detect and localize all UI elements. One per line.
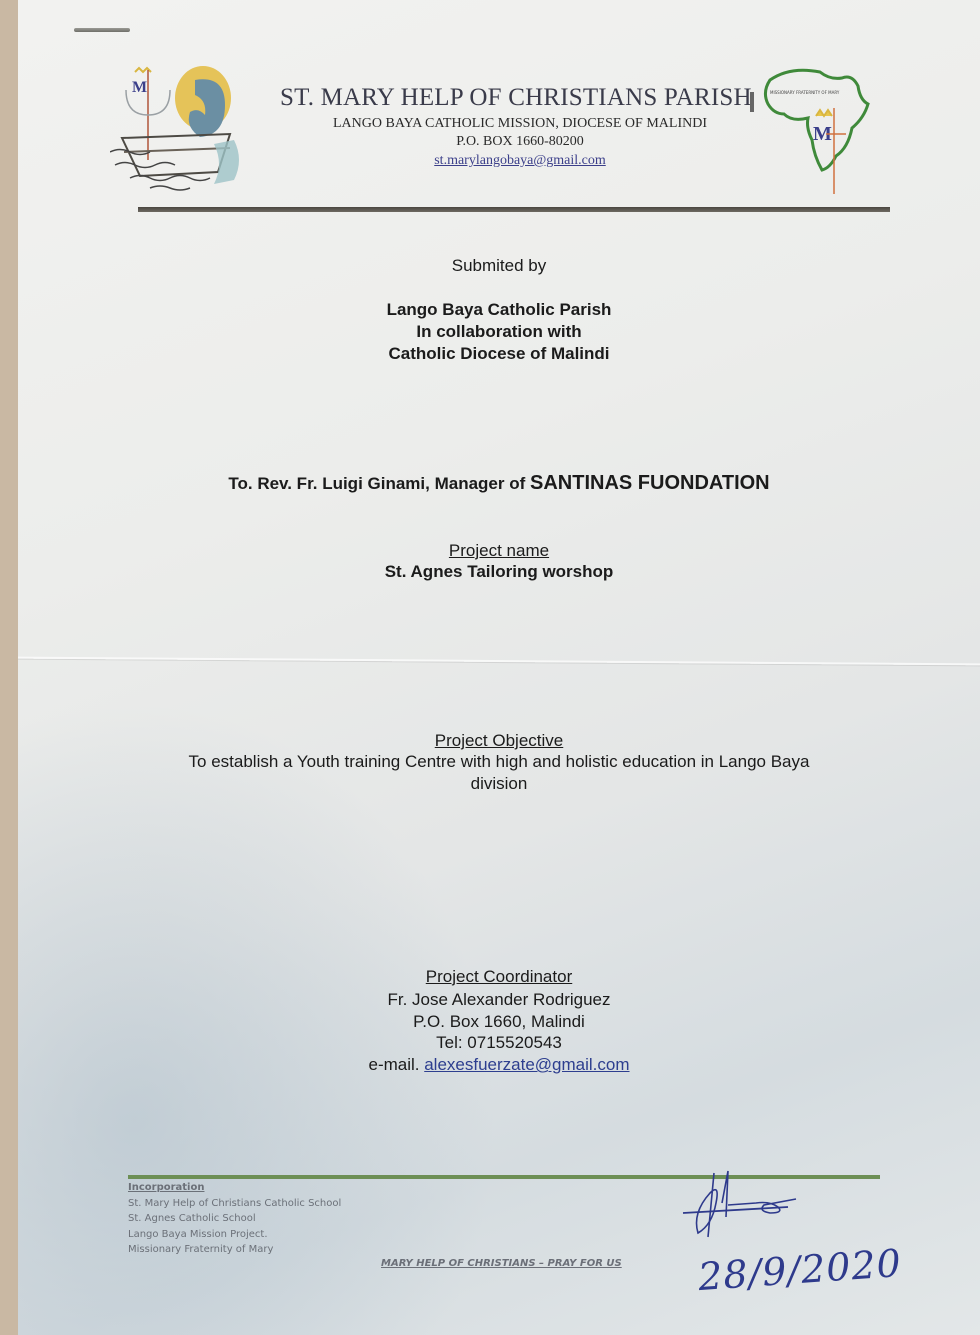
incorporation-item: St. Mary Help of Christians Catholic Sch…	[128, 1196, 341, 1212]
recipient-organization: SANTINAS FUONDATION	[530, 472, 770, 494]
boat-madonna-logo-icon: M	[110, 60, 260, 200]
paper-fold	[18, 657, 980, 666]
project-objective-line2: division	[18, 774, 980, 794]
project-objective-line1: To establish a Youth training Centre wit…	[18, 752, 980, 772]
header-divider	[138, 207, 890, 212]
handwritten-date: 28/9/2020	[697, 1241, 903, 1299]
africa-map-logo-icon: MISSIONARY FRATERNITY OF MARY M	[748, 58, 878, 198]
incorporation-list: Incorporation St. Mary Help of Christian…	[128, 1180, 341, 1258]
diocese-name: Catholic Diocese of Malindi	[18, 343, 980, 364]
staple	[74, 28, 130, 32]
project-name: St. Agnes Tailoring worshop	[18, 562, 980, 582]
document-page: M ST. MARY HELP OF CHRISTIANS PARISH LAN…	[18, 0, 980, 1335]
svg-text:M: M	[132, 79, 147, 96]
signature-icon	[678, 1165, 818, 1245]
coordinator-address: P.O. Box 1660, Malindi	[18, 1012, 980, 1032]
parish-name: ST. MARY HELP OF CHRISTIANS PARISH	[280, 84, 780, 112]
coordinator-email-link[interactable]: alexesfuerzate@gmail.com	[424, 1055, 629, 1074]
mission-subtitle: LANGO BAYA CATHOLIC MISSION, DIOCESE OF …	[280, 116, 760, 132]
footer-motto: MARY HELP OF CHRISTIANS – PRAY FOR US	[381, 1258, 622, 1269]
project-name-label: Project name	[18, 541, 980, 561]
coordinator-email-line: e-mail. alexesfuerzate@gmail.com	[18, 1055, 980, 1075]
incorporation-item: St. Agnes Catholic School	[128, 1211, 341, 1227]
submitted-by-label: Submited by	[18, 256, 980, 276]
project-objective-label: Project Objective	[18, 731, 980, 751]
incorporation-item: Lango Baya Mission Project.	[128, 1227, 341, 1243]
coordinator-name: Fr. Jose Alexander Rodriguez	[18, 990, 980, 1010]
parish-address: P.O. BOX 1660-80200	[280, 134, 760, 150]
submitting-parish: Lango Baya Catholic Parish	[18, 299, 980, 320]
coordinator-email-prefix: e-mail.	[368, 1055, 424, 1074]
parish-email-link[interactable]: st.marylangobaya@gmail.com	[434, 153, 606, 168]
recipient-prefix: To. Rev. Fr. Luigi Ginami, Manager of	[228, 474, 530, 493]
recipient-line: To. Rev. Fr. Luigi Ginami, Manager of SA…	[18, 472, 980, 495]
coordinator-label: Project Coordinator	[18, 967, 980, 987]
collaboration-text: In collaboration with	[18, 321, 980, 342]
incorporation-heading: Incorporation	[128, 1180, 341, 1196]
incorporation-item: Missionary Fraternity of Mary	[128, 1242, 341, 1258]
coordinator-tel: Tel: 0715520543	[18, 1033, 980, 1053]
svg-text:MISSIONARY FRATERNITY OF MARY: MISSIONARY FRATERNITY OF MARY	[770, 90, 840, 95]
